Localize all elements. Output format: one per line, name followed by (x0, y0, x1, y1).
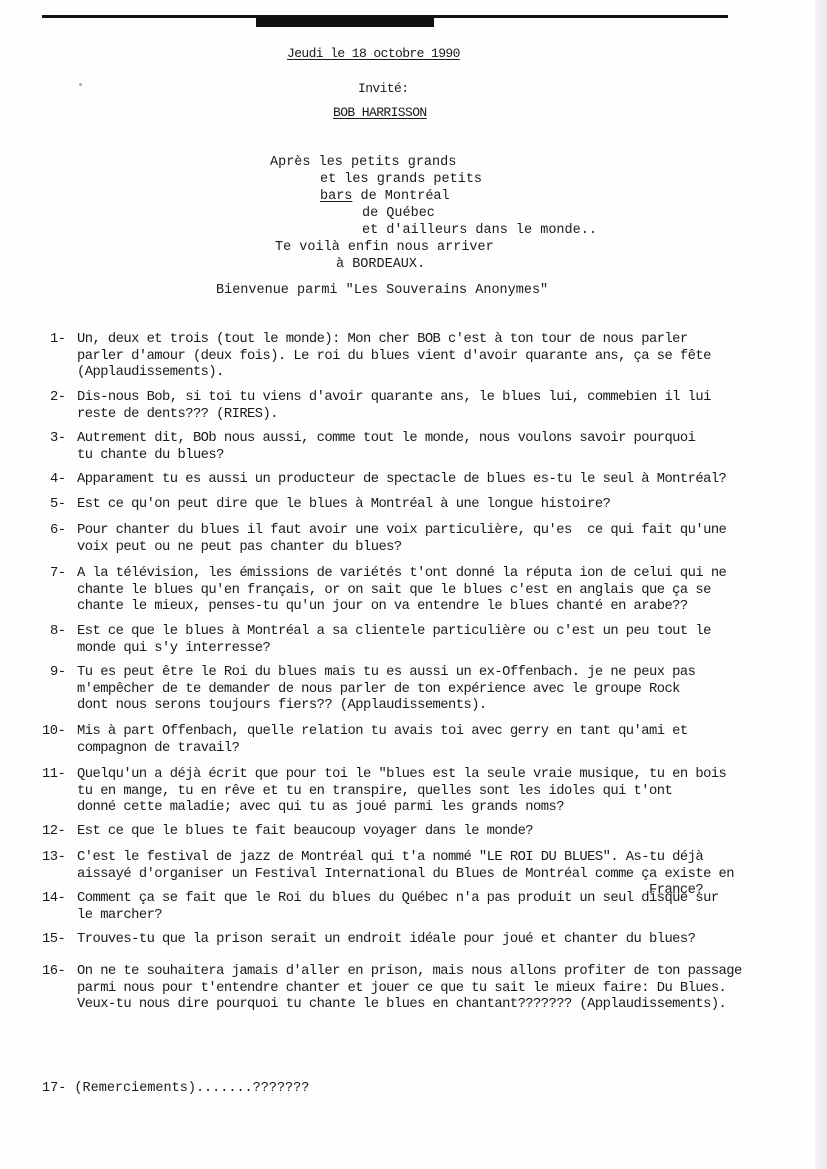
question-text: Apparament tu es aussi un producteur de … (77, 472, 790, 489)
question-item: 5-Est ce qu'on peut dire que le blues à … (50, 497, 790, 514)
question-text: Comment ça se fait que le Roi du blues d… (77, 891, 782, 924)
question-text: Est ce qu'on peut dire que le blues à Mo… (77, 497, 790, 514)
question-item: 6-Pour chanter du blues il faut avoir un… (50, 523, 790, 556)
question-text: A la télévision, les émissions de variét… (77, 566, 790, 616)
intro-line-2: et les grands petits (320, 172, 482, 189)
header-bar-block (256, 16, 434, 27)
question-item: 4-Apparament tu es aussi un producteur d… (50, 472, 790, 489)
montreal-text: de Montréal (352, 189, 449, 204)
question-item: 3-Autrement dit, BOb nous aussi, comme t… (50, 431, 790, 464)
question-number: 3- (50, 431, 65, 448)
question-number: 12- (42, 824, 65, 841)
question-number: 10- (42, 724, 65, 741)
bars-word: bars (320, 189, 352, 204)
intro-line-5: et d'ailleurs dans le monde.. (362, 223, 597, 240)
question-number: 16- (42, 964, 65, 981)
question-item: 2-Dis-nous Bob, si toi tu viens d'avoir … (50, 390, 790, 423)
question-text: Un, deux et trois (tout le monde): Mon c… (77, 332, 790, 382)
question-number: 7- (50, 566, 65, 583)
question-item: 10-Mis à part Offenbach, quelle relation… (42, 724, 782, 757)
date-heading: Jeudi le 18 octobre 1990 (287, 46, 460, 61)
question-number: 13- (42, 850, 65, 867)
question-text: Est ce que le blues te fait beaucoup voy… (77, 824, 782, 841)
question-number: 1- (50, 332, 65, 349)
question-text: Est ce que le blues à Montréal a sa clie… (77, 624, 790, 657)
question-number: 6- (50, 523, 65, 540)
question-item: 16-On ne te souhaitera jamais d'aller en… (42, 964, 782, 1014)
question-number: 15- (42, 932, 65, 949)
question-text: Autrement dit, BOb nous aussi, comme tou… (77, 431, 790, 464)
question-number: 11- (42, 767, 65, 784)
question-item: 7-A la télévision, les émissions de vari… (50, 566, 790, 616)
question-text: Tu es peut être le Roi du blues mais tu … (77, 665, 790, 715)
intro-line-6: Te voilà enfin nous arriver (275, 240, 494, 257)
question-item: 14-Comment ça se fait que le Roi du blue… (42, 891, 782, 924)
question-item: 9-Tu es peut être le Roi du blues mais t… (50, 665, 790, 715)
question-item: 1-Un, deux et trois (tout le monde): Mon… (50, 332, 790, 382)
intro-line-3: bars de Montréal (320, 189, 450, 206)
question-text: Trouves-tu que la prison serait un endro… (77, 932, 782, 949)
closing-number: 17- (42, 1081, 66, 1096)
question-number: 9- (50, 665, 65, 682)
closing-text: (Remerciements).......??????? (74, 1081, 309, 1096)
question-item: 12-Est ce que le blues te fait beaucoup … (42, 824, 782, 841)
question-item: 15-Trouves-tu que la prison serait un en… (42, 932, 782, 949)
question-number: 2- (50, 390, 65, 407)
question-text: On ne te souhaitera jamais d'aller en pr… (77, 964, 782, 1014)
page-edge (815, 0, 827, 1169)
question-item: 8-Est ce que le blues à Montréal a sa cl… (50, 624, 790, 657)
question-number: 4- (50, 472, 65, 489)
guest-name: BOB HARRISSON (333, 105, 427, 120)
intro-line-7: à BORDEAUX. (336, 257, 425, 274)
speck (79, 83, 82, 86)
question-text: Dis-nous Bob, si toi tu viens d'avoir qu… (77, 390, 790, 423)
question-number: 14- (42, 891, 65, 908)
intro-line-1: Après les petits grands (270, 155, 456, 172)
closing-line: 17- (Remerciements).......??????? (42, 1081, 309, 1098)
question-text: Pour chanter du blues il faut avoir une … (77, 523, 790, 556)
question-item: 11-Quelqu'un a déjà écrit que pour toi l… (42, 767, 782, 817)
guest-label: Invité: (358, 81, 408, 96)
question-text: Mis à part Offenbach, quelle relation tu… (77, 724, 782, 757)
question-number: 5- (50, 497, 65, 514)
question-text: Quelqu'un a déjà écrit que pour toi le "… (77, 767, 782, 817)
intro-line-4: de Québec (362, 206, 435, 223)
question-number: 8- (50, 624, 65, 641)
welcome-line: Bienvenue parmi "Les Souverains Anonymes… (216, 283, 548, 300)
